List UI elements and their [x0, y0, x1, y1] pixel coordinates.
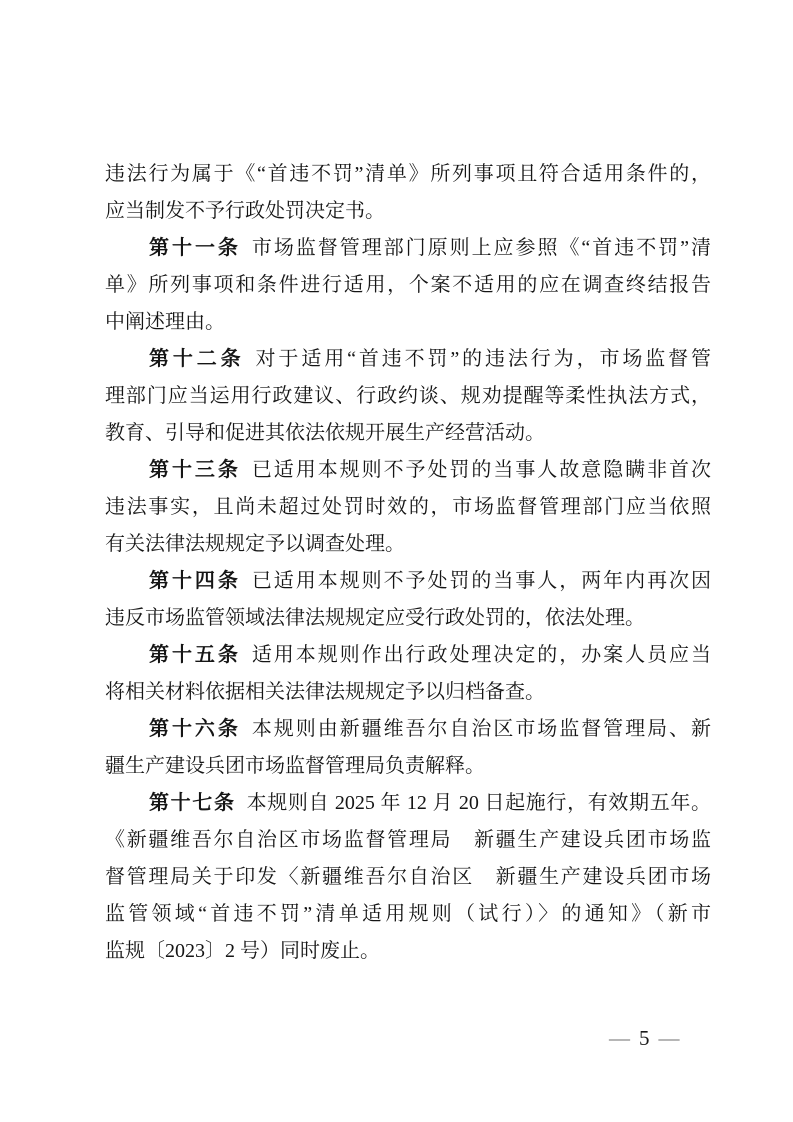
article-number: 第十一条 [149, 237, 241, 259]
line-text: 教育、引导和促进其依法依规开展生产经营活动。 [105, 422, 545, 444]
article-number: 第十七条 [149, 792, 236, 814]
line-text: 本规则自 2025 年 12 月 20 日起施行，有效期五年。 [247, 792, 711, 814]
text-line: 理部门应当运用行政建议、行政约谈、规劝提醒等柔性执法方式， [105, 378, 711, 415]
article-number: 第十二条 [149, 348, 245, 370]
text-line: 应当制发不予行政处罚决定书。 [105, 193, 711, 230]
text-line: 单》所列事项和条件进行适用，个案不适用的应在调查终结报告 [105, 267, 711, 304]
page-number-dash-left: — [609, 1026, 630, 1050]
text-line: 疆生产建设兵团市场监督管理局负责解释。 [105, 748, 711, 785]
article-number: 第十五条 [149, 644, 241, 666]
line-text: 应当制发不予行政处罚决定书。 [105, 200, 385, 222]
page-number-dash-right: — [659, 1026, 680, 1050]
text-line: 第十五条适用本规则作出行政处理决定的，办案人员应当 [105, 637, 711, 674]
line-text: 督管理局关于印发〈新疆维吾尔自治区 新疆生产建设兵团市场 [105, 866, 711, 888]
line-text: 中阐述理由。 [105, 311, 225, 333]
line-text: 将相关材料依据相关法律法规规定予以归档备查。 [105, 681, 545, 703]
line-text: 监规〔2023〕2 号）同时废止。 [105, 940, 380, 962]
text-line: 第十六条本规则由新疆维吾尔自治区市场监督管理局、新 [105, 711, 711, 748]
article-number: 第十三条 [149, 459, 241, 481]
line-text: 单》所列事项和条件进行适用，个案不适用的应在调查终结报告 [105, 274, 711, 296]
document-page: 违法行为属于《“首违不罚”清单》所列事项且符合适用条件的，应当制发不予行政处罚决… [0, 0, 793, 1122]
page-number-value: 5 [639, 1026, 650, 1050]
line-text: 违法事实，且尚未超过处罚时效的，市场监督管理部门应当依照 [105, 496, 711, 518]
line-text: 监管领域“首违不罚”清单适用规则（试行）〉的通知》（新市 [105, 903, 711, 925]
text-line: 监规〔2023〕2 号）同时废止。 [105, 933, 711, 970]
text-line: 第十七条本规则自 2025 年 12 月 20 日起施行，有效期五年。 [105, 785, 711, 822]
text-line: 教育、引导和促进其依法依规开展生产经营活动。 [105, 415, 711, 452]
line-text: 已适用本规则不予处罚的当事人故意隐瞒非首次 [252, 459, 711, 481]
text-line: 监管领域“首违不罚”清单适用规则（试行）〉的通知》（新市 [105, 896, 711, 933]
article-number: 第十四条 [149, 570, 241, 592]
line-text: 本规则由新疆维吾尔自治区市场监督管理局、新 [252, 718, 711, 740]
page-number: —5— [609, 1024, 680, 1052]
line-text: 有关法律法规规定予以调查处理。 [105, 533, 405, 555]
document-body: 违法行为属于《“首违不罚”清单》所列事项且符合适用条件的，应当制发不予行政处罚决… [105, 156, 711, 970]
text-line: 将相关材料依据相关法律法规规定予以归档备查。 [105, 674, 711, 711]
line-text: 对于适用“首违不罚”的违法行为，市场监督管 [256, 348, 711, 370]
text-line: 违反市场监管领域法律法规规定应受行政处罚的，依法处理。 [105, 600, 711, 637]
text-line: 第十三条已适用本规则不予处罚的当事人故意隐瞒非首次 [105, 452, 711, 489]
text-line: 第十四条已适用本规则不予处罚的当事人，两年内再次因 [105, 563, 711, 600]
text-line: 第十二条对于适用“首违不罚”的违法行为，市场监督管 [105, 341, 711, 378]
text-line: 有关法律法规规定予以调查处理。 [105, 526, 711, 563]
text-line: 违法行为属于《“首违不罚”清单》所列事项且符合适用条件的， [105, 156, 711, 193]
line-text: 已适用本规则不予处罚的当事人，两年内再次因 [252, 570, 711, 592]
text-line: 《新疆维吾尔自治区市场监督管理局 新疆生产建设兵团市场监 [105, 822, 711, 859]
line-text: 市场监督管理部门原则上应参照《“首违不罚”清 [252, 237, 711, 259]
text-line: 第十一条市场监督管理部门原则上应参照《“首违不罚”清 [105, 230, 711, 267]
text-line: 违法事实，且尚未超过处罚时效的，市场监督管理部门应当依照 [105, 489, 711, 526]
line-text: 理部门应当运用行政建议、行政约谈、规劝提醒等柔性执法方式， [105, 385, 711, 407]
line-text: 《新疆维吾尔自治区市场监督管理局 新疆生产建设兵团市场监 [105, 829, 711, 851]
line-text: 疆生产建设兵团市场监督管理局负责解释。 [105, 755, 485, 777]
line-text: 违法行为属于《“首违不罚”清单》所列事项且符合适用条件的， [105, 163, 711, 185]
text-line: 中阐述理由。 [105, 304, 711, 341]
text-line: 督管理局关于印发〈新疆维吾尔自治区 新疆生产建设兵团市场 [105, 859, 711, 896]
line-text: 适用本规则作出行政处理决定的，办案人员应当 [252, 644, 711, 666]
article-number: 第十六条 [149, 718, 241, 740]
line-text: 违反市场监管领域法律法规规定应受行政处罚的，依法处理。 [105, 607, 645, 629]
